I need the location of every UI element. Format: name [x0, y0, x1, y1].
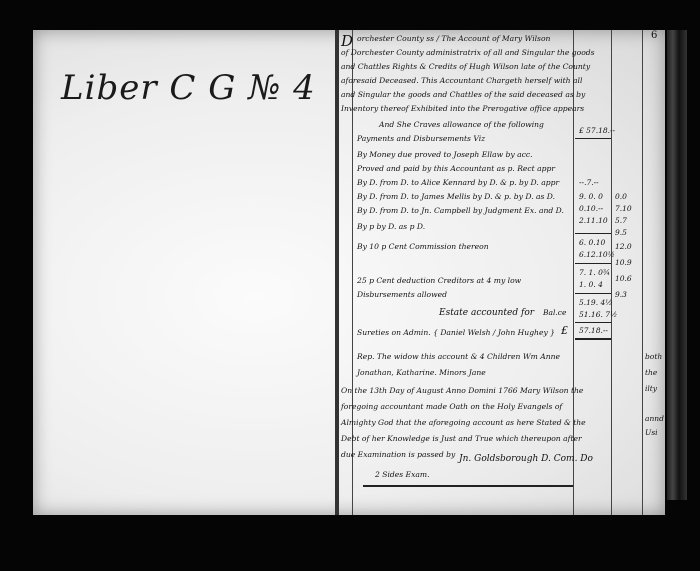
amount-entry: 51.16. 7½: [579, 310, 617, 319]
entry-line: Inventory thereof Exhibited into the Pre…: [341, 104, 584, 113]
entry-line: Disbursements allowed: [357, 290, 447, 299]
entry-line: of Dorchester County administratrix of a…: [341, 48, 595, 57]
amount-rule-h: [575, 233, 611, 234]
amount-entry: 6. 0.10: [579, 238, 605, 247]
entry-line: Jonathan, Katharine. Minors Jane: [357, 368, 486, 377]
outer-entry: 10.6: [615, 274, 632, 283]
amount-rule-h: [575, 293, 611, 294]
entry-line: 25 p Cent deduction Creditors at 4 my lo…: [357, 276, 521, 285]
margin-note: Usi: [645, 428, 658, 437]
outer-rule: [642, 30, 643, 515]
entry-line: aforesaid Deceased. This Accountant Char…: [341, 76, 582, 85]
amount-entry: 2.11.10: [579, 216, 608, 225]
entry-line: By Money due proved to Joseph Ellaw by a…: [357, 150, 533, 159]
entry-line: By 10 p Cent Commission thereon: [357, 242, 489, 251]
amount-entry: 5.19. 4½: [579, 298, 613, 307]
entry-line: Payments and Disbursements Viz: [357, 134, 485, 143]
amount-rule-h: [575, 263, 611, 264]
sureties-line: Sureties on Admin. { Daniel Welsh / John…: [357, 328, 555, 337]
outer-entry: 7.10: [615, 204, 632, 213]
oath-line: Debt of her Knowledge is Just and True w…: [341, 434, 582, 443]
outer-entry: 9.3: [615, 290, 627, 299]
signature: Jn. Goldsborough D. Com. Do: [459, 454, 593, 464]
amount-entry: 9. 0. 0: [579, 192, 603, 201]
oath-line: due Examination is passed by: [341, 450, 455, 459]
oath-line: foregoing accountant made Oath on the Ho…: [341, 402, 562, 411]
margin-note: annd: [645, 414, 664, 423]
amount-rule-h: [575, 322, 611, 323]
amount-header: £ 57.18.--: [579, 126, 615, 135]
examined-note: 2 Sides Exam.: [375, 470, 430, 479]
amount-total-rule: [575, 338, 611, 340]
outer-entry: 5.7: [615, 216, 627, 225]
amount-entry: 1. 0. 4: [579, 280, 603, 289]
entry-line: And She Craves allowance of the followin…: [379, 120, 544, 129]
outer-entry: 9.5: [615, 228, 627, 237]
margin-note: both: [645, 352, 662, 361]
entry-line: By D. from D. to Jn. Campbell by Judgmen…: [357, 206, 564, 215]
amount-entry: --.7.--: [579, 178, 599, 187]
outer-entry: 12.0: [615, 242, 632, 251]
amount-entry: 6.12.10½: [579, 250, 615, 259]
margin-note: ilty: [645, 384, 657, 393]
left-leaf: Liber C G № 4: [33, 30, 338, 515]
closing-rule: [363, 485, 573, 487]
amount-entry: 7. 1. 0¾: [579, 268, 610, 277]
margin-note: the: [645, 368, 657, 377]
entry-line: Proved and paid by this Accountant as p.…: [357, 164, 555, 173]
entry-line: Rep. The widow this account & 4 Children…: [357, 352, 560, 361]
amount-entry: 0.10.--: [579, 204, 603, 213]
entry-line: and Chattles Rights & Credits of Hugh Wi…: [341, 62, 590, 71]
amount-rule-h: [575, 138, 611, 139]
balance-label: Bal.ce: [543, 308, 566, 317]
oath-line: Almighty God that the aforegoing account…: [341, 418, 586, 427]
right-leaf: 6 D orchester County ss / The Account of…: [339, 30, 665, 515]
page-number: 6: [651, 30, 657, 41]
book-binding-edge: [667, 30, 687, 500]
outer-entry: 10.9: [615, 258, 632, 267]
pound-symbol: £: [561, 324, 568, 337]
ledger-page-scan: Liber C G № 4 6 D orchester County ss / …: [33, 30, 665, 515]
amount-rule: [611, 30, 612, 515]
entry-line: and Singular the goods and Chattles of t…: [341, 90, 585, 99]
outer-entry: 0.0: [615, 192, 627, 201]
entry-line: By p by D. as p D.: [357, 222, 425, 231]
entry-line: By D. from D. to James Mellis by D. & p.…: [357, 192, 555, 201]
entry-line: Estate accounted for: [439, 308, 534, 318]
amount-total: 57.18.--: [579, 326, 608, 335]
entry-line: orchester County ss / The Account of Mar…: [357, 34, 550, 43]
liber-title: Liber C G № 4: [61, 68, 316, 108]
oath-line: On the 13th Day of August Anno Domini 17…: [341, 386, 583, 395]
entry-line: By D. from D. to Alice Kennard by D. & p…: [357, 178, 559, 187]
